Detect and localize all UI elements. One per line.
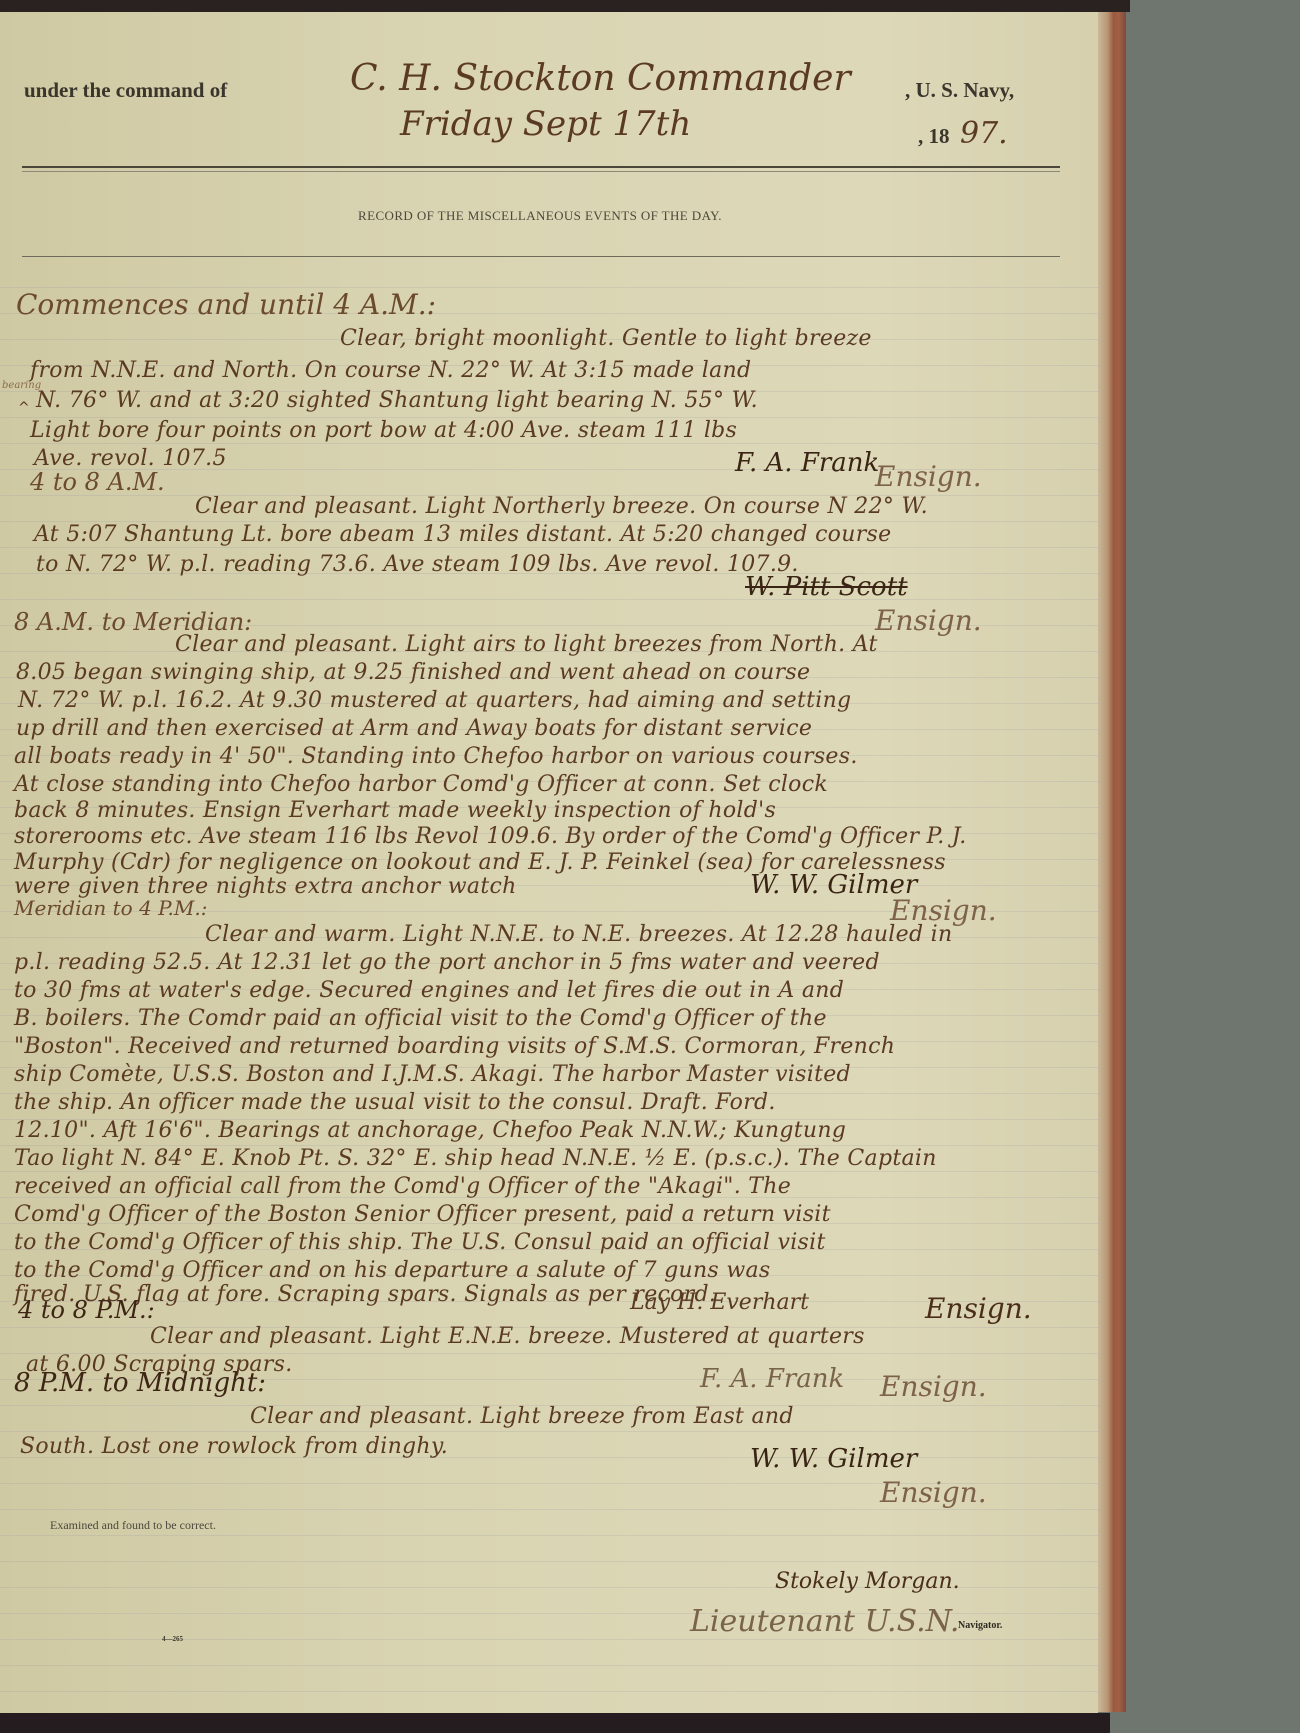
log-line: all boats ready in 4' 50". Standing into… (14, 744, 858, 769)
log-line: Clear and pleasant. Light breeze from Ea… (250, 1404, 794, 1429)
signature: W. Pitt Scott (745, 572, 908, 602)
watch-heading: 4 to 8 P.M.: (18, 1296, 155, 1324)
watch-heading: 4 to 8 A.M. (30, 468, 165, 496)
log-line: "Boston". Received and returned boarding… (14, 1034, 895, 1059)
log-line: N. 72° W. p.l. 16.2. At 9.30 mustered at… (18, 688, 851, 713)
year-suffix: 97. (960, 116, 1008, 151)
watch-heading: Meridian to 4 P.M.: (14, 896, 208, 920)
log-line: Clear and warm. Light N.N.E. to N.E. bre… (205, 922, 952, 947)
navy-label: , U. S. Navy, (905, 78, 1014, 103)
log-line: ship Comète, U.S.S. Boston and I.J.M.S. … (14, 1062, 851, 1087)
navigator-signature: Stokely Morgan. (775, 1569, 960, 1594)
log-line: Tao light N. 84° E. Knob Pt. S. 32° E. s… (14, 1146, 937, 1171)
log-line: to 30 fms at water's edge. Secured engin… (14, 978, 844, 1003)
section-title: RECORD OF THE MISCELLANEOUS EVENTS OF TH… (0, 208, 1080, 224)
watch-heading: 8 P.M. to Midnight: (14, 1368, 266, 1398)
signature-rank: Ensign. (875, 460, 982, 493)
log-line: to N. 72° W. p.l. reading 73.6. Ave stea… (36, 552, 799, 577)
log-line: N. 76° W. and at 3:20 sighted Shantung l… (36, 388, 758, 413)
log-page: under the command of C. H. Stockton Comm… (0, 12, 1098, 1714)
log-line: 12.10". Aft 16'6". Bearings at anchorage… (14, 1118, 846, 1143)
log-line: to the Comd'g Officer and on his departu… (14, 1258, 770, 1283)
commander-name: C. H. Stockton Commander (350, 58, 851, 99)
command-label: under the command of (24, 78, 227, 103)
log-line: to the Comd'g Officer of this ship. The … (14, 1230, 826, 1255)
log-line: Clear and pleasant. Light airs to light … (175, 632, 878, 657)
signature: F. A. Frank (700, 1364, 844, 1394)
book-cover-top (0, 0, 1130, 12)
log-line: the ship. An officer made the usual visi… (14, 1090, 776, 1115)
log-line: B. boilers. The Comdr paid an official v… (14, 1006, 827, 1031)
log-line: back 8 minutes. Ensign Everhart made wee… (14, 798, 776, 823)
header-divider-thin (22, 171, 1060, 172)
form-number: 4—265 (162, 1635, 183, 1643)
log-line: received an official call from the Comd'… (14, 1174, 791, 1199)
log-line: South. Lost one rowlock from dinghy. (20, 1434, 448, 1459)
signature-rank: Ensign. (880, 1476, 987, 1509)
log-line: Clear and pleasant. Light Northerly bree… (195, 494, 928, 519)
log-line: up drill and then exercised at Arm and A… (16, 716, 812, 741)
log-line: Clear, bright moonlight. Gentle to light… (340, 326, 872, 351)
log-date: Friday Sept 17th (400, 104, 691, 144)
examined-label: Examined and found to be correct. (50, 1518, 216, 1533)
header-divider (22, 166, 1060, 168)
watch-heading: Commences and until 4 A.M.: (16, 288, 436, 321)
log-line: storerooms etc. Ave steam 116 lbs Revol … (14, 824, 967, 849)
log-line: Comd'g Officer of the Boston Senior Offi… (14, 1202, 831, 1227)
log-line: p.l. reading 52.5. At 12.31 let go the p… (14, 950, 880, 975)
signature: F. A. Frank (735, 448, 879, 478)
book-cover-bottom (0, 1713, 1110, 1733)
signature: Lay H. Everhart (630, 1290, 809, 1315)
log-line: At 5:07 Shantung Lt. bore abeam 13 miles… (34, 522, 891, 547)
signature: W. W. Gilmer (750, 1444, 917, 1474)
signature-rank: Ensign. (880, 1370, 987, 1403)
signature-rank: Ensign. (875, 604, 982, 637)
log-line: At close standing into Chefoo harbor Com… (14, 772, 828, 797)
year-prefix: , 18 (918, 124, 950, 149)
signature-rank: Ensign. (925, 1292, 1032, 1325)
navigator-rank: Lieutenant U.S.N. (690, 1604, 959, 1639)
log-line: Light bore four points on port bow at 4:… (30, 418, 737, 443)
section-divider (22, 256, 1060, 257)
log-line: Clear and pleasant. Light E.N.E. breeze.… (150, 1324, 865, 1349)
log-line: from N.N.E. and North. On course N. 22° … (30, 358, 751, 383)
navigator-label: Navigator. (958, 1620, 1002, 1631)
log-line: 8.05 began swinging ship, at 9.25 finish… (16, 660, 810, 685)
caret-mark-icon: ^ (18, 400, 30, 416)
book-page-edge (1098, 12, 1126, 1712)
